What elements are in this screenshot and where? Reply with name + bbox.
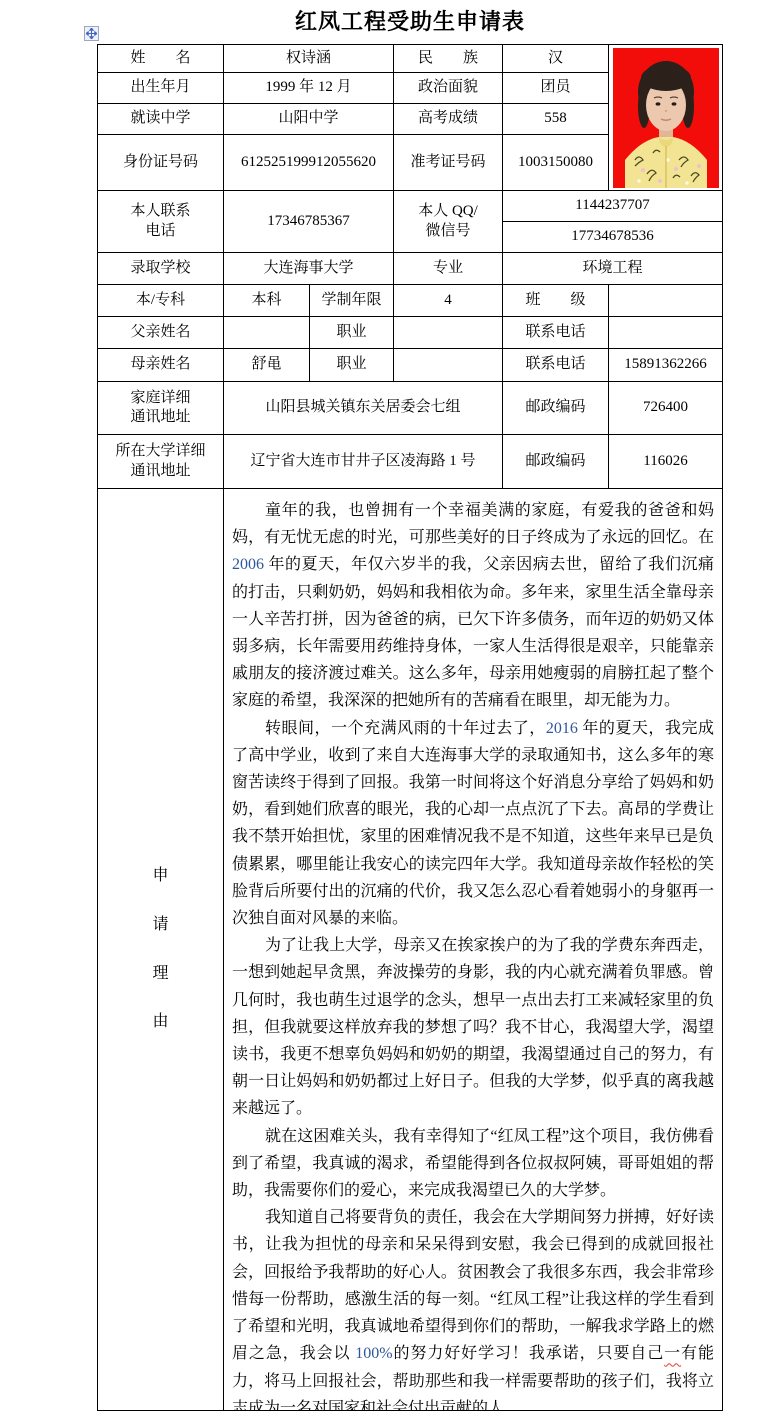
degree-value[interactable]: 本科 — [224, 285, 310, 317]
row-reason: 申请理由 童年的我，也曾拥有一个幸福美满的家庭，有爱我的爸爸和妈妈，有无忧无虑的… — [98, 489, 723, 1411]
reason-label-char: 申 — [152, 866, 168, 887]
degree-label: 本/专科 — [98, 285, 224, 317]
father-job-value[interactable] — [394, 317, 503, 349]
ethnicity-value[interactable]: 汉 — [503, 45, 609, 73]
admitted-school-label: 录取学校 — [98, 253, 224, 285]
qq-wechat-value-2[interactable]: 17734678536 — [503, 222, 723, 253]
row-mother: 母亲姓名 舒黾 职业 联系电话 15891362266 — [98, 349, 723, 382]
reason-paragraph[interactable]: 童年的我，也曾拥有一个幸福美满的家庭，有爱我的爸爸和妈妈，有无忧无虑的时光，可那… — [232, 497, 714, 715]
reason-label-char: 请 — [152, 915, 168, 936]
exam-number-label: 准考证号码 — [394, 135, 503, 191]
row-degree: 本/专科 本科 学制年限 4 班 级 — [98, 285, 723, 317]
home-zip-value[interactable]: 726400 — [609, 382, 723, 435]
univ-address-label: 所在大学详细 通讯地址 — [98, 435, 224, 489]
reason-text[interactable]: 童年的我，也曾拥有一个幸福美满的家庭，有爱我的爸爸和妈妈，有无忧无虑的时光，可那… — [224, 489, 723, 1411]
row-contact: 本人联系 电话 17346785367 本人 QQ/ 微信号 114423770… — [98, 191, 723, 253]
father-name-label: 父亲姓名 — [98, 317, 224, 349]
phone-label: 本人联系 电话 — [98, 191, 224, 253]
document-page: 红凤工程受助生申请表 — [0, 0, 768, 1415]
row-home-address: 家庭详细 通讯地址 山阳县城关镇东关居委会七组 邮政编码 726400 — [98, 382, 723, 435]
class-label: 班 级 — [503, 285, 609, 317]
political-value[interactable]: 团员 — [503, 73, 609, 104]
qq-wechat-label: 本人 QQ/ 微信号 — [394, 191, 503, 253]
id-number-value[interactable]: 612525199912055620 — [224, 135, 394, 191]
reason-label-char: 理 — [152, 964, 168, 985]
class-value[interactable] — [609, 285, 723, 317]
exam-number-value[interactable]: 1003150080 — [503, 135, 609, 191]
application-form-table: 姓 名 权诗涵 民 族 汉 出生年月 1999 年 12 月 政治面貌 团员 就… — [97, 44, 723, 1411]
univ-zip-value[interactable]: 116026 — [609, 435, 723, 489]
home-address-value[interactable]: 山阳县城关镇东关居委会七组 — [224, 382, 503, 435]
duration-label: 学制年限 — [310, 285, 394, 317]
reason-paragraph[interactable]: 我知道自己将要背负的责任，我会在大学期间努力拼搏，好好读书，让我为担忧的母亲和呆… — [232, 1204, 714, 1411]
reason-paragraph[interactable]: 为了让我上大学，母亲又在挨家挨户的为了我的学费东奔西走，一想到她起早贪黑，奔波操… — [232, 932, 714, 1122]
name-label: 姓 名 — [98, 45, 224, 73]
univ-zip-label: 邮政编码 — [503, 435, 609, 489]
reason-label-char: 由 — [152, 1012, 168, 1033]
id-photo-cell[interactable] — [609, 45, 723, 191]
mother-name-label: 母亲姓名 — [98, 349, 224, 382]
page-title: 红凤工程受助生申请表 — [97, 5, 723, 36]
admitted-school-value[interactable]: 大连海事大学 — [224, 253, 394, 285]
major-label: 专业 — [394, 253, 503, 285]
reason-paragraph[interactable]: 就在这困难关头，我有幸得知了“红凤工程”这个项目，我仿佛看到了希望，我真诚的渴求… — [232, 1123, 714, 1205]
mother-phone-label: 联系电话 — [503, 349, 609, 382]
row-father: 父亲姓名 职业 联系电话 — [98, 317, 723, 349]
qq-wechat-value-1[interactable]: 1144237707 — [503, 191, 723, 222]
birth-value[interactable]: 1999 年 12 月 — [224, 73, 394, 104]
four-way-arrow-icon — [86, 28, 97, 39]
high-school-value[interactable]: 山阳中学 — [224, 104, 394, 135]
father-phone-label: 联系电话 — [503, 317, 609, 349]
applicant-photo — [613, 48, 719, 188]
row-univ-address: 所在大学详细 通讯地址 辽宁省大连市甘井子区凌海路 1 号 邮政编码 11602… — [98, 435, 723, 489]
major-value[interactable]: 环境工程 — [503, 253, 723, 285]
father-job-label: 职业 — [310, 317, 394, 349]
row-admission: 录取学校 大连海事大学 专业 环境工程 — [98, 253, 723, 285]
mother-phone-value[interactable]: 15891362266 — [609, 349, 723, 382]
father-phone-value[interactable] — [609, 317, 723, 349]
table-move-handle-icon[interactable] — [84, 26, 99, 41]
high-school-label: 就读中学 — [98, 104, 224, 135]
political-label: 政治面貌 — [394, 73, 503, 104]
reason-paragraph[interactable]: 转眼间，一个充满风雨的十年过去了，2016 年的夏天，我完成了高中学业，收到了来… — [232, 715, 714, 933]
mother-name-value[interactable]: 舒黾 — [224, 349, 310, 382]
name-value[interactable]: 权诗涵 — [224, 45, 394, 73]
phone-value[interactable]: 17346785367 — [224, 191, 394, 253]
mother-job-label: 职业 — [310, 349, 394, 382]
birth-label: 出生年月 — [98, 73, 224, 104]
home-address-label: 家庭详细 通讯地址 — [98, 382, 224, 435]
father-name-value[interactable] — [224, 317, 310, 349]
id-number-label: 身份证号码 — [98, 135, 224, 191]
univ-address-value[interactable]: 辽宁省大连市甘井子区凌海路 1 号 — [224, 435, 503, 489]
ethnicity-label: 民 族 — [394, 45, 503, 73]
mother-job-value[interactable] — [394, 349, 503, 382]
gaokao-label: 高考成绩 — [394, 104, 503, 135]
duration-value[interactable]: 4 — [394, 285, 503, 317]
gaokao-value[interactable]: 558 — [503, 104, 609, 135]
reason-label: 申请理由 — [98, 489, 224, 1411]
home-zip-label: 邮政编码 — [503, 382, 609, 435]
